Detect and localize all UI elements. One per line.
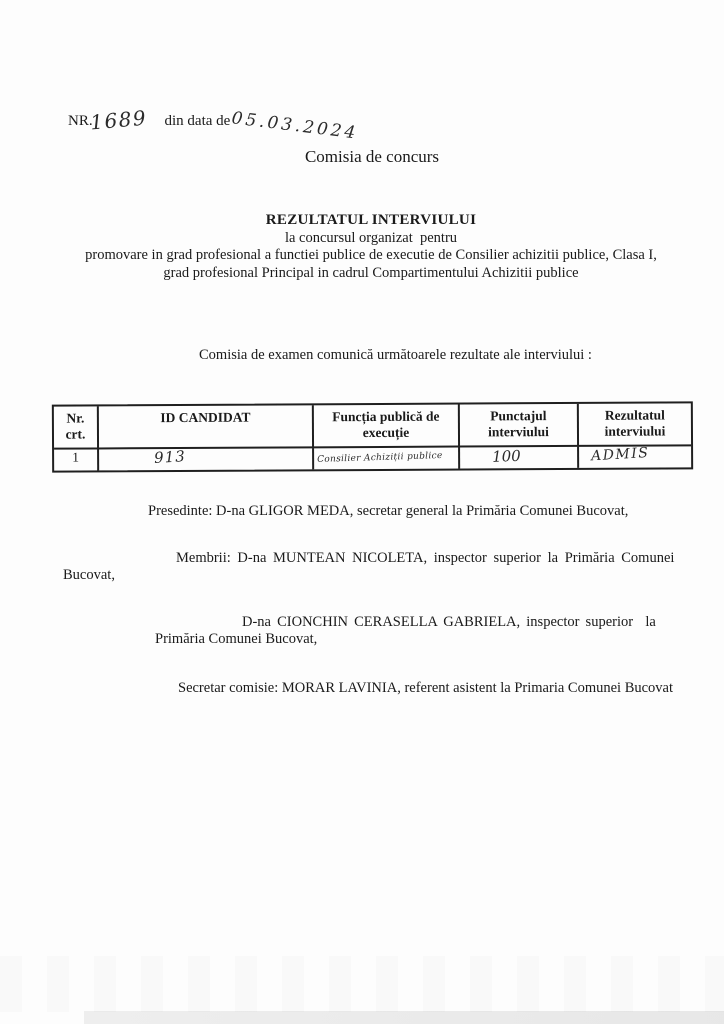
table-row-cell-nr: 1	[54, 449, 97, 470]
second-member-line-1: D-na CIONCHIN CERASELLA GABRIELA, inspec…	[242, 614, 656, 631]
column-header-id-candidat: ID CANDIDAT	[97, 405, 312, 449]
handwritten-registration-number: 1689	[89, 106, 148, 135]
members-line-2: Bucovat,	[63, 567, 115, 584]
scan-noise-artifact	[0, 956, 724, 1012]
registration-line: NR.1689din data de05.03.2024	[68, 106, 360, 130]
column-header-nr-crt: Nr. crt.	[54, 406, 97, 449]
results-table: Nr. crt. ID CANDIDAT Funcția publică de …	[52, 401, 693, 472]
handwritten-functia: Consilier Achiziții publice	[317, 451, 443, 465]
members-line-1: Membrii: D-na MUNTEAN NICOLETA, inspecto…	[176, 550, 674, 567]
results-intro-line: Comisia de examen comunică următoarele r…	[199, 347, 592, 364]
column-header-rezultatul: Rezultatul interviului	[577, 403, 691, 447]
table-row-cell-rezultat: ADMIS	[577, 446, 691, 468]
document-title: REZULTATUL INTERVIULUI	[12, 212, 724, 230]
second-member-line-2: Primăria Comunei Bucovat,	[155, 631, 317, 648]
date-label: din data de	[165, 113, 231, 129]
scan-bottom-edge-artifact	[84, 1011, 724, 1024]
table-row-cell-punctaj: 100	[458, 447, 577, 469]
table-row-cell-candidate-id: 913	[97, 448, 312, 470]
committee-title: Comisia de concurs	[0, 147, 724, 167]
title-block: REZULTATUL INTERVIULUI la concursul orga…	[12, 212, 724, 282]
title-subline-3: grad profesional Principal in cadrul Com…	[12, 265, 724, 283]
column-header-functia-publica: Funcția publică de execuție	[312, 405, 458, 449]
scanned-document-page: NR.1689din data de05.03.2024 Comisia de …	[0, 0, 724, 1024]
row-number: 1	[72, 450, 79, 465]
secretary-line: Secretar comisie: MORAR LAVINIA, referen…	[178, 680, 673, 697]
handwritten-score: 100	[492, 447, 521, 466]
handwritten-date: 05.03.2024	[231, 108, 360, 143]
table-row-cell-functia: Consilier Achiziții publice	[312, 448, 458, 470]
handwritten-candidate-id: 913	[154, 448, 187, 467]
handwritten-result: ADMIS	[591, 446, 650, 464]
column-header-punctajul: Punctajul interviului	[458, 404, 577, 448]
title-subline-2: promovare in grad profesional a functiei…	[12, 247, 724, 265]
title-subline-1: la concursul organizat pentru	[12, 230, 724, 248]
president-line: Presedinte: D-na GLIGOR MEDA, secretar g…	[148, 503, 628, 520]
